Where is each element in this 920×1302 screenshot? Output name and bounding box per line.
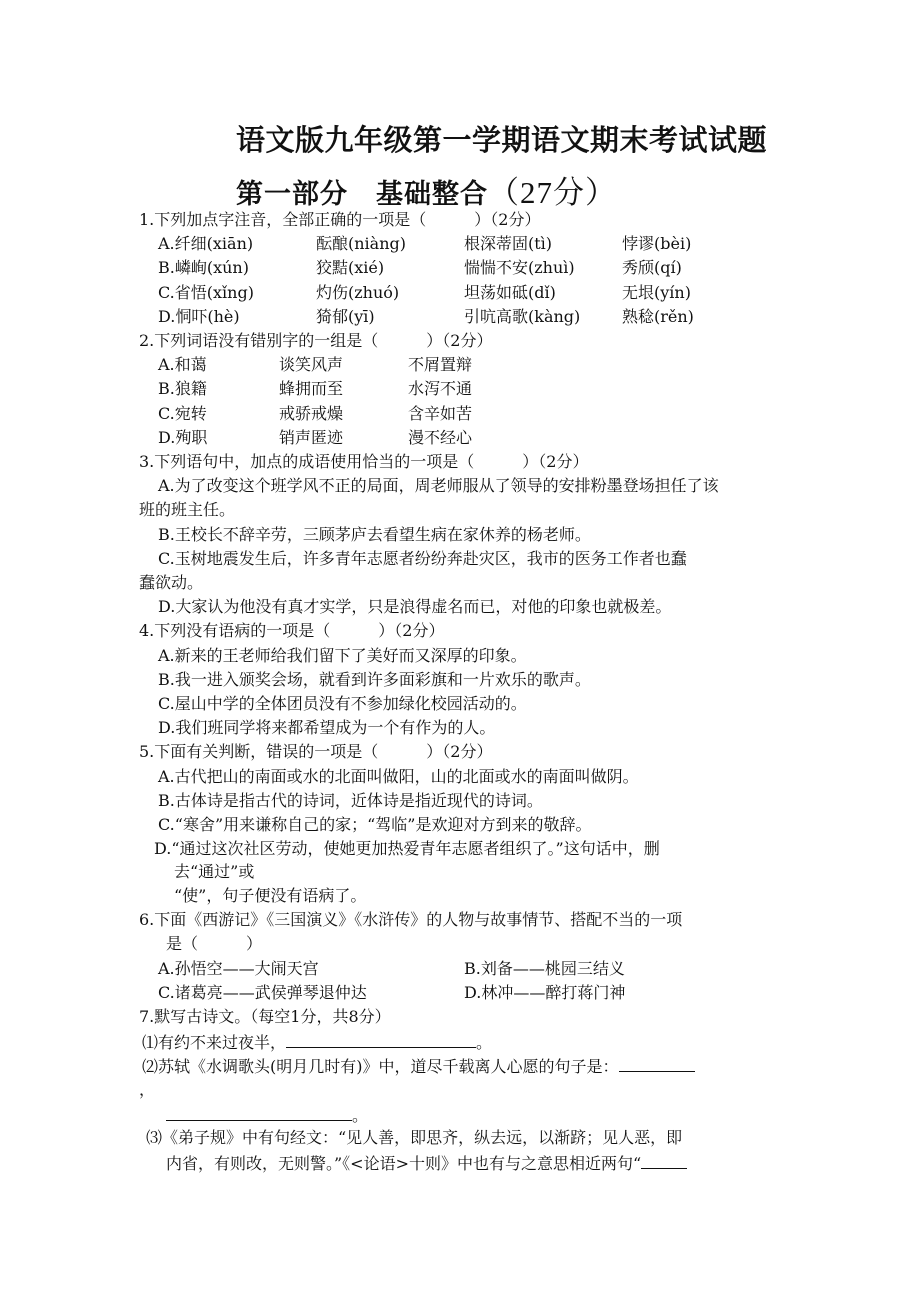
q1-option-c-3: 坦荡如砥(dǐ) — [464, 283, 556, 303]
q1-option-b-2: 狡黠(xié) — [316, 258, 384, 278]
q6-option-c: C.诸葛亮——武侯弹琴退仲达 — [158, 983, 367, 1003]
q7-item-2-line2: 。 — [166, 1104, 368, 1126]
q7-item-3-cont: 内省，有则改，无则警。”《<论语>十则》中也有与之意思相近两句“ — [166, 1152, 687, 1174]
q1-option-b-1: B.嶙峋(xún) — [158, 258, 249, 278]
q7-item-3-prompt: 内省，有则改，无则警。”《<论语>十则》中也有与之意思相近两句“ — [166, 1154, 641, 1173]
q2-option-d-1: D.殉职 — [158, 428, 207, 448]
q1-option-b-4: 秀颀(qí) — [622, 258, 682, 278]
section-score: （27分） — [488, 175, 617, 210]
q5-option-d-cont2: “使”，句子便没有语病了。 — [174, 886, 366, 906]
question-7-stem: 7.默写古诗文。（每空1分，共8分） — [139, 1007, 391, 1027]
q2-option-a-3: 不屑置辩 — [408, 355, 472, 375]
q1-option-d-1: D.恫吓(hè) — [158, 307, 240, 327]
q7-item-2-answer-blank-1[interactable] — [619, 1055, 695, 1072]
q5-option-b: B.古体诗是指古代的诗词，近体诗是指近现代的诗词。 — [158, 791, 543, 811]
q1-option-d-4: 熟稔(rěn) — [622, 307, 694, 327]
q1-option-a-1: A.纤细(xiān) — [158, 234, 253, 254]
question-2-stem: 2.下列词语没有错别字的一组是（ ）（2分） — [139, 331, 492, 351]
q1-option-d-2: 猗郁(yī) — [316, 307, 375, 327]
q3-option-a-cont: 班的班主任。 — [139, 500, 235, 520]
q2-option-d-2: 销声匿迹 — [279, 428, 343, 448]
section-heading: 第一部分 基础整合（27分） — [236, 167, 617, 212]
q3-option-d: D.大家认为他没有真才实学，只是浪得虚名而已，对他的印象也就极差。 — [158, 597, 671, 617]
section-label: 第一部分 基础整合 — [236, 179, 488, 210]
q3-option-c-cont: 蠢欲动。 — [139, 573, 203, 593]
q1-option-a-2: 酝酿(niàng) — [316, 234, 406, 254]
q7-item-3: ⑶《弟子规》中有句经文：“见人善，即思齐，纵去远，以渐跻；见人恶，即 — [146, 1128, 682, 1148]
q1-option-c-2: 灼伤(zhuó) — [316, 283, 399, 303]
q7-item-2-answer-blank-2[interactable] — [166, 1104, 352, 1121]
q2-option-b-2: 蜂拥而至 — [279, 379, 343, 399]
q1-option-c-1: C.省悟(xǐng) — [158, 283, 254, 303]
q2-option-b-3: 水泻不通 — [408, 379, 472, 399]
q2-option-b-1: B.狼籍 — [158, 379, 207, 399]
q7-item-2-period: 。 — [352, 1106, 368, 1125]
q7-item-3-answer-blank[interactable] — [641, 1152, 687, 1169]
q2-option-a-2: 谈笑风声 — [279, 355, 343, 375]
q7-item-1-answer-blank[interactable] — [286, 1031, 476, 1048]
q4-option-d: D.我们班同学将来都希望成为一个有作为的人。 — [158, 718, 495, 738]
question-5-stem: 5.下面有关判断，错误的一项是（ ）（2分） — [139, 742, 492, 762]
question-4-stem: 4.下列没有语病的一项是（ ）（2分） — [139, 621, 444, 641]
q4-option-a: A.新来的王老师给我们留下了美好而又深厚的印象。 — [158, 646, 527, 666]
q7-item-1-prompt: ⑴有约不来过夜半， — [142, 1033, 286, 1052]
question-3-stem: 3.下列语句中，加点的成语使用恰当的一项是（ ）（2分） — [139, 452, 588, 472]
q2-option-c-2: 戒骄戒燥 — [279, 404, 343, 424]
q7-item-1: ⑴有约不来过夜半，。 — [142, 1031, 492, 1053]
q7-item-2-comma: ， — [139, 1080, 155, 1100]
q5-option-d: D.“通过这次社区劳动，使她更加热爱青年志愿者组织了。”这句话中，删 — [154, 839, 660, 859]
q1-option-a-4: 悖谬(bèi) — [622, 234, 691, 254]
question-6-stem: 6.下面《西游记》《三国演义》《水浒传》的人物与故事情节、搭配不当的一项 — [139, 910, 682, 930]
q4-option-c: C.屋山中学的全体团员没有不参加绿化校园活动的。 — [158, 694, 527, 714]
q6-option-a: A.孙悟空——大闹天宫 — [158, 959, 319, 979]
q5-option-c: C.“寒舍”用来谦称自己的家；“驾临”是欢迎对方到来的敬辞。 — [158, 815, 591, 835]
q7-item-2: ⑵苏轼《水调歌头(明月几时有)》中，道尽千载离人心愿的句子是： — [142, 1055, 695, 1077]
q2-option-c-1: C.宛转 — [158, 404, 207, 424]
q1-option-a-3: 根深蒂固(tì) — [464, 234, 552, 254]
q3-option-c: C.玉树地震发生后，许多青年志愿者纷纷奔赴灾区，我市的医务工作者也蠢 — [158, 549, 687, 569]
q1-option-c-4: 无垠(yín) — [622, 283, 691, 303]
q3-option-a: A.为了改变这个班学风不正的局面，周老师服从了领导的安排粉墨登场担任了该 — [158, 476, 719, 496]
exam-page: 语文版九年级第一学期语文期末考试试题 第一部分 基础整合（27分） 1.下列加点… — [0, 0, 920, 1302]
q1-option-b-3: 惴惴不安(zhuì) — [464, 258, 575, 278]
q1-option-d-3: 引吭高歌(kàng) — [464, 307, 580, 327]
q5-option-d-cont: 去“通过”或 — [174, 862, 254, 882]
question-6-stem-cont: 是（ ） — [166, 934, 262, 954]
q2-option-c-3: 含辛如苦 — [408, 404, 472, 424]
q4-option-b: B.我一进入颁奖会场，就看到许多面彩旗和一片欢乐的歌声。 — [158, 670, 591, 690]
q7-item-1-period: 。 — [476, 1033, 492, 1052]
page-title: 语文版九年级第一学期语文期末考试试题 — [236, 118, 767, 159]
q6-option-b: B.刘备——桃园三结义 — [464, 959, 625, 979]
question-1-stem: 1.下列加点字注音，全部正确的一项是（ ）（2分） — [139, 210, 540, 230]
q5-option-a: A.古代把山的南面或水的北面叫做阳，山的北面或水的南面叫做阴。 — [158, 767, 639, 787]
q7-item-2-prompt: ⑵苏轼《水调歌头(明月几时有)》中，道尽千载离人心愿的句子是： — [142, 1057, 619, 1076]
q3-option-b: B.王校长不辞辛劳，三顾茅庐去看望生病在家休养的杨老师。 — [158, 525, 591, 545]
q2-option-d-3: 漫不经心 — [408, 428, 472, 448]
q6-option-d: D.林冲——醉打蒋门神 — [464, 983, 625, 1003]
q2-option-a-1: A.和蔼 — [158, 355, 207, 375]
